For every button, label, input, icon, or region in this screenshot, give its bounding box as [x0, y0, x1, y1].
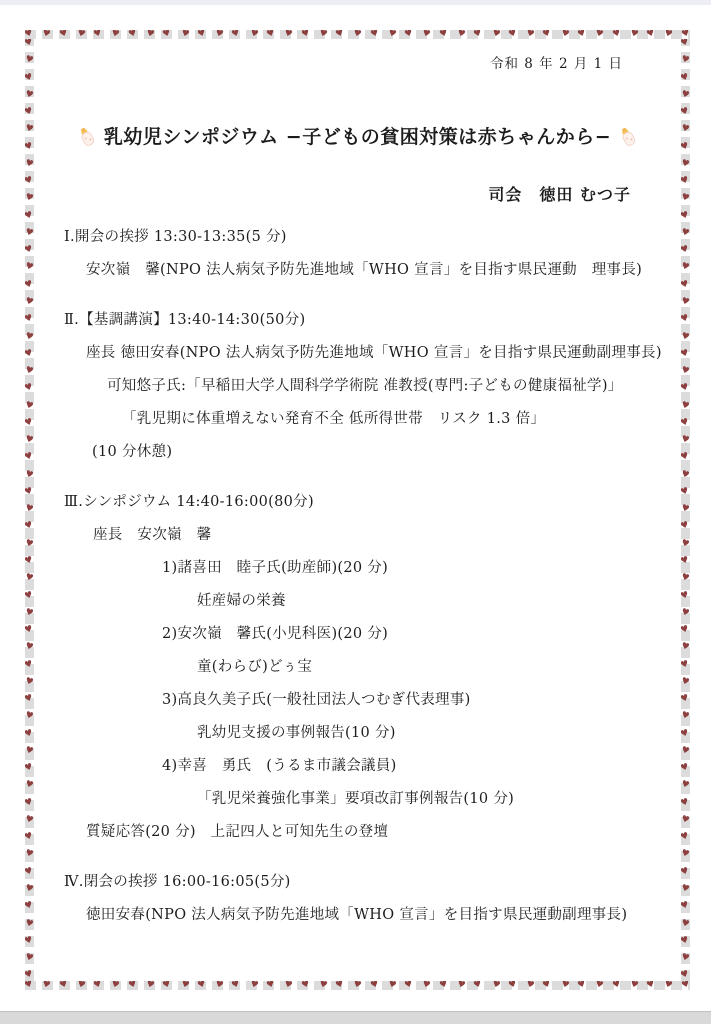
border-edge-right: ♥♥♥♥♥♥♥♥♥♥♥♥♥♥♥♥♥♥♥♥♥♥♥♥♥♥♥♥♥♥♥♥♥♥♥♥♥♥♥♥… — [681, 39, 690, 981]
bottom-strip — [0, 1011, 711, 1024]
title-text: 乳幼児シンポジウム −子どもの貧困対策は赤ちゃんから− — [104, 122, 611, 152]
section-heading: Ⅰ.開会の挨拶 13:30-13:35(5 分) — [64, 227, 681, 247]
section-heading: Ⅲ.シンポジウム 14:40-16:00(80分) — [64, 492, 681, 512]
program-line: 質疑応答(20 分) 上記四人と可知先生の登壇 — [86, 822, 681, 842]
section-keynote-lecture: Ⅱ.【基調講演】13:40-14:30(50分) 座長 徳田安春(NPO 法人病… — [34, 310, 681, 462]
top-strip — [0, 0, 711, 5]
program-line: 乳幼児支援の事例報告(10 分) — [197, 723, 681, 743]
moderator-line: 司会 徳田 むつ子 — [34, 182, 681, 205]
program-line: 可知悠子氏:「早稲田大学人間科学学術院 准教授(専門:子どもの健康福祉学)」 — [107, 376, 681, 396]
section-symposium: Ⅲ.シンポジウム 14:40-16:00(80分) 座長 安次嶺 馨 1)諸喜田… — [34, 492, 681, 842]
program-line: 3)高良久美子氏(一般社団法人つむぎ代表理事) — [162, 690, 681, 710]
program-line: (10 分休憩) — [92, 442, 681, 462]
section-closing-remarks: Ⅳ.閉会の挨拶 16:00-16:05(5分) 徳田安春(NPO 法人病気予防先… — [34, 872, 681, 925]
program-line: 妊産婦の栄養 — [197, 591, 681, 611]
document-date: 令和 8 年 2 月 1 日 — [34, 52, 681, 72]
program-line: 4)幸喜 勇氏 (うるま市議会議員) — [162, 756, 681, 776]
border-edge-top: ♥♥♥♥♥♥♥♥♥♥♥♥♥♥♥♥♥♥♥♥♥♥♥♥♥♥♥♥♥♥♥♥♥♥♥♥♥♥♥ — [25, 30, 690, 39]
program-line: 童(わらび)どぅ宝 — [197, 657, 681, 677]
program-content: 令和 8 年 2 月 1 日 乳幼児シンポジウム −子どもの貧困対策は赤ちゃんか… — [34, 39, 681, 983]
program-line: 座長 安次嶺 馨 — [93, 525, 681, 545]
section-heading: Ⅳ.閉会の挨拶 16:00-16:05(5分) — [64, 872, 681, 892]
program-line: 徳田安春(NPO 法人病気予防先進地域「WHO 宣言」を目指す県民運動副理事長) — [86, 905, 681, 925]
program-line: 1)諸喜田 睦子氏(助産師)(20 分) — [162, 558, 681, 578]
baby-bottle-icon — [75, 125, 99, 149]
document-title: 乳幼児シンポジウム −子どもの貧困対策は赤ちゃんから− — [34, 122, 681, 152]
section-heading: Ⅱ.【基調講演】13:40-14:30(50分) — [64, 310, 681, 330]
program-line: 安次嶺 馨(NPO 法人病気予防先進地域「WHO 宣言」を目指す県民運動 理事長… — [86, 260, 681, 280]
program-line: 「乳児期に体重増えない発育不全 低所得世帯 リスク 1.3 倍」 — [122, 409, 681, 429]
baby-bottle-icon — [616, 125, 640, 149]
program-line: 2)安次嶺 馨氏(小児科医)(20 分) — [162, 624, 681, 644]
section-opening-remarks: Ⅰ.開会の挨拶 13:30-13:35(5 分) 安次嶺 馨(NPO 法人病気予… — [34, 227, 681, 280]
program-line: 座長 徳田安春(NPO 法人病気予防先進地域「WHO 宣言」を目指す県民運動副理… — [86, 343, 681, 363]
program-document-page: ♥♥♥♥♥♥♥♥♥♥♥♥♥♥♥♥♥♥♥♥♥♥♥♥♥♥♥♥♥♥♥♥♥♥♥♥♥♥♥ … — [0, 0, 711, 1024]
program-line: 「乳児栄養強化事業」要項改訂事例報告(10 分) — [197, 789, 681, 809]
border-edge-left: ♥♥♥♥♥♥♥♥♥♥♥♥♥♥♥♥♥♥♥♥♥♥♥♥♥♥♥♥♥♥♥♥♥♥♥♥♥♥♥♥… — [25, 39, 34, 981]
